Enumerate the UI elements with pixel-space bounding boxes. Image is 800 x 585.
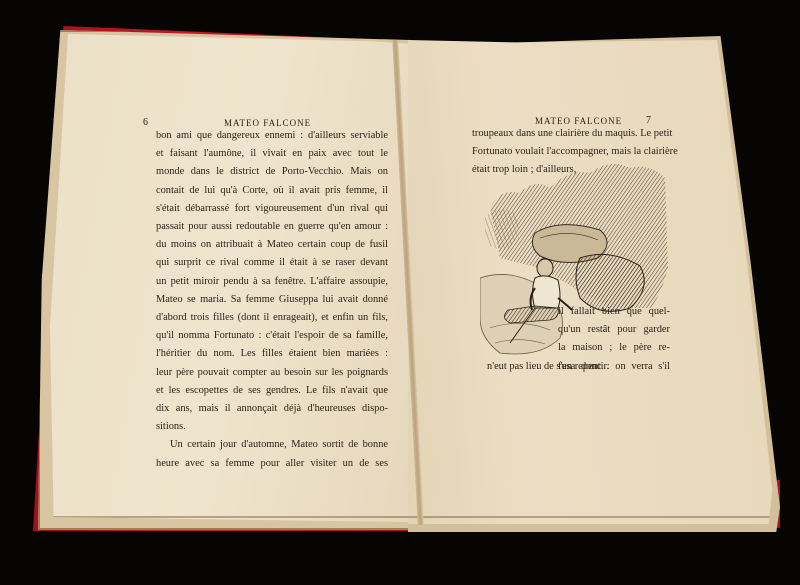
text-line: passait pour aussi redoutable en guerre … [156, 218, 388, 236]
text-line: sitions. [156, 418, 388, 436]
text-line: qui surprit ce rival comme il était à se… [156, 254, 388, 272]
left-page-number: 6 [143, 117, 148, 128]
book-photo: 6 MATEO FALCONE bon ami que dangereux en… [0, 0, 800, 585]
text-line: s'était débarrassé fort vigoureusement d… [156, 200, 388, 218]
text-line: l'héritier du nom. Les filles étaient bi… [156, 345, 388, 363]
text-line: contait de lui qu'à Corte, où il avait p… [156, 182, 388, 200]
text-line: qu'il nomma Fortunato : c'était l'espoir… [156, 327, 388, 345]
text-line: heure avec sa femme pour aller visiter u… [156, 455, 388, 473]
text-line: troupeaux dans une clairière du maquis. … [472, 125, 656, 143]
text-line: la maison ; le père re- [558, 339, 670, 357]
text-line: du moins on attribuait à Mateo certain c… [156, 236, 388, 254]
text-line: monde dans le district de Porto-Vecchio.… [156, 163, 388, 181]
left-page-text: bon ami que dangereux ennemi : d'ailleur… [156, 127, 388, 473]
text-line: bon ami que dangereux ennemi : d'ailleur… [156, 127, 388, 145]
text-line: et faisant l'aumône, il vivait en paix a… [156, 145, 388, 163]
text-line: il fallait bien que quel- [558, 303, 670, 321]
text-line: Mateo se maria. Sa femme Giuseppa lui av… [156, 291, 388, 309]
text-line: dix ans, mais il annonçait déjà d'heureu… [156, 400, 388, 418]
text-line: n'eut pas lieu de s'en repentir. [487, 358, 667, 376]
text-line: d'abord trois filles (dont il enrageait)… [156, 309, 388, 327]
text-line: Un certain jour d'automne, Mateo sortit … [156, 436, 388, 454]
text-line: qu'un restât pour garder [558, 321, 670, 339]
text-line: un petit miroir pendu à sa fenêtre. L'af… [156, 273, 388, 291]
text-line: leur père pouvait compter au besoin sur … [156, 364, 388, 382]
text-line: et les escopettes de ses gendres. Le fil… [156, 382, 388, 400]
right-page-final-line: n'eut pas lieu de s'en repentir. [487, 358, 667, 376]
